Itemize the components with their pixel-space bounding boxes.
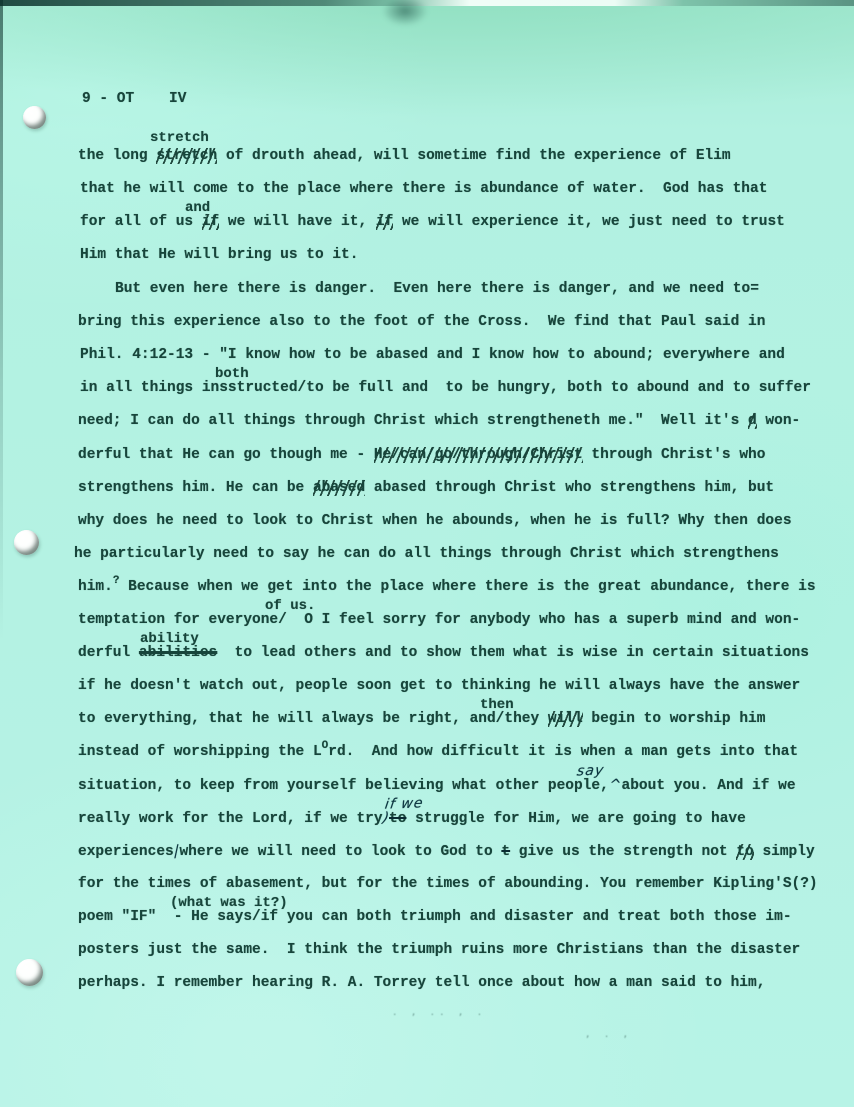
typed-text: Because when we get into the place where… [119, 579, 815, 595]
typed-line: the long stretch of drouth ahead, will s… [78, 147, 731, 166]
typed-text: won- [757, 413, 801, 429]
struckthrough-text: abilities [139, 645, 217, 661]
punch-hole [14, 530, 39, 555]
typed-text: derful that He can go though me - [78, 447, 374, 463]
typed-line: he particularly need to say he can do al… [74, 545, 779, 564]
typed-text: he particularly need to say he can do al… [74, 546, 779, 562]
typed-line: temptation for everyone/ O I feel sorry … [78, 611, 800, 630]
typed-text: to lead others and to show them what is … [217, 645, 809, 661]
typed-text: posters just the same. I think the trium… [78, 942, 800, 958]
typed-line: strengthens him. He can be abased abased… [78, 479, 774, 498]
typed-text: temptation for everyone/ O I feel sorry … [78, 612, 800, 628]
typed-text: strengthens him. He can be [78, 480, 313, 496]
typed-line: him.? Because when we get into the place… [78, 578, 816, 598]
typed-text: 9 - OT IV [82, 91, 186, 107]
overstruck-text: to [736, 844, 753, 860]
page-header: 9 - OT IV [82, 90, 186, 109]
scan-edge-top [0, 0, 854, 6]
ink-specks: . , .. , . [392, 1008, 486, 1018]
typed-line: derful that He can go though me - He/can… [78, 446, 765, 465]
superscript-text: O [322, 740, 329, 752]
typed-text: stretch [150, 130, 209, 146]
typed-text: that he will come to the place where the… [80, 181, 767, 197]
ink-specks: , . , [585, 1030, 632, 1040]
typed-text: him. [78, 579, 113, 595]
typed-line: posters just the same. I think the trium… [78, 941, 800, 960]
typed-line: situation, to keep from yourself believi… [78, 776, 796, 796]
typed-insert-word: stretch [150, 129, 209, 148]
typed-text: rd. And how difficult it is when a man g… [328, 744, 798, 760]
typed-line: Phil. 4:12-13 - "I know how to be abased… [80, 346, 785, 365]
typed-text: abased through Christ who strengthens hi… [365, 480, 774, 496]
typed-text: we will have it, [219, 214, 376, 230]
typed-text: through Christ's who [583, 447, 766, 463]
typed-text: if he doesn't watch out, people soon get… [78, 678, 800, 694]
typed-text: instead of worshipping the L [78, 744, 322, 760]
typed-text: poem "IF" - He says/if you can both triu… [78, 909, 792, 925]
document-page: 9 - OT IVstretchthe long stretch of drou… [0, 0, 854, 1107]
typed-text: why does he need to look to Christ when … [78, 513, 792, 529]
typed-text: Phil. 4:12-13 - "I know how to be abased… [80, 347, 785, 363]
typed-line: derful abilities to lead others and to s… [78, 644, 809, 663]
scan-edge-left [0, 0, 3, 642]
typed-text: where we will need to look to God to [179, 844, 501, 860]
overstruck-text: d [748, 413, 757, 429]
typed-text: simply [754, 844, 815, 860]
typed-text: give us the strength not [510, 844, 736, 860]
typed-text: begin to worship him [583, 711, 766, 727]
typed-line: instead of worshipping the LOrd. And how… [78, 743, 798, 763]
typed-line: Him that He will bring us to it. [80, 246, 358, 265]
superscript-text: ? [113, 575, 120, 587]
typed-line: for all of us if we will have it, if we … [80, 213, 785, 232]
typed-line: need; I can do all things through Christ… [78, 412, 800, 431]
typed-line: experiences|where we will need to look t… [78, 842, 815, 862]
typed-text: for the times of abasement, but for the … [78, 876, 818, 892]
typed-text: perhaps. I remember hearing R. A. Torrey… [78, 975, 765, 991]
overstruck-text: if [202, 214, 219, 230]
typed-line: really work for the Lord, if we try)to s… [78, 809, 746, 829]
overstruck-text: He/can/go/through/Christ [374, 447, 583, 463]
typed-line: bring this experience also to the foot o… [78, 313, 765, 332]
typed-text: to everything, that he will always be ri… [78, 711, 548, 727]
overstruck-text: will [548, 711, 583, 727]
overstruck-text: abased [313, 480, 365, 496]
pen-struck-text: to [389, 811, 406, 827]
typed-line: in all things insstructed/to be full and… [80, 379, 811, 398]
overstruck-text: if [376, 214, 393, 230]
typed-text: about you. And if we [622, 778, 796, 794]
punch-hole [16, 959, 43, 986]
typed-text: derful [78, 645, 139, 661]
typed-line: why does he need to look to Christ when … [78, 512, 792, 531]
typed-text: struggle for Him, we are going to have [406, 811, 745, 827]
typed-text: for all of us [80, 214, 202, 230]
typed-text: we will experience it, we just need to t… [393, 214, 785, 230]
overstruck-text: stretch [156, 148, 217, 164]
typed-line: for the times of abasement, but for the … [78, 875, 818, 894]
typed-text: of drouth ahead, will sometime find the … [217, 148, 730, 164]
typed-line: to everything, that he will always be ri… [78, 710, 765, 729]
pen-struck-text: t [501, 844, 510, 860]
typed-line: if he doesn't watch out, people soon get… [78, 677, 800, 696]
typed-text: experiences [78, 844, 174, 860]
typed-text: need; I can do all things through Christ… [78, 413, 748, 429]
typed-text: really work for the Lord, if we try [78, 811, 383, 827]
typed-text: situation, to keep from yourself believi… [78, 778, 609, 794]
typed-text: But even here there is danger. Even here… [115, 281, 759, 297]
ink-smudge [382, 0, 428, 26]
typed-text: bring this experience also to the foot o… [78, 314, 765, 330]
typed-line: poem "IF" - He says/if you can both triu… [78, 908, 792, 927]
typed-text: Him that He will bring us to it. [80, 247, 358, 263]
typed-line: that he will come to the place where the… [80, 180, 767, 199]
typed-line: But even here there is danger. Even here… [115, 280, 759, 299]
typed-text: the long [78, 148, 156, 164]
punch-hole [23, 106, 46, 129]
typed-line: perhaps. I remember hearing R. A. Torrey… [78, 974, 765, 993]
typed-text: in all things insstructed/to be full and… [80, 380, 811, 396]
